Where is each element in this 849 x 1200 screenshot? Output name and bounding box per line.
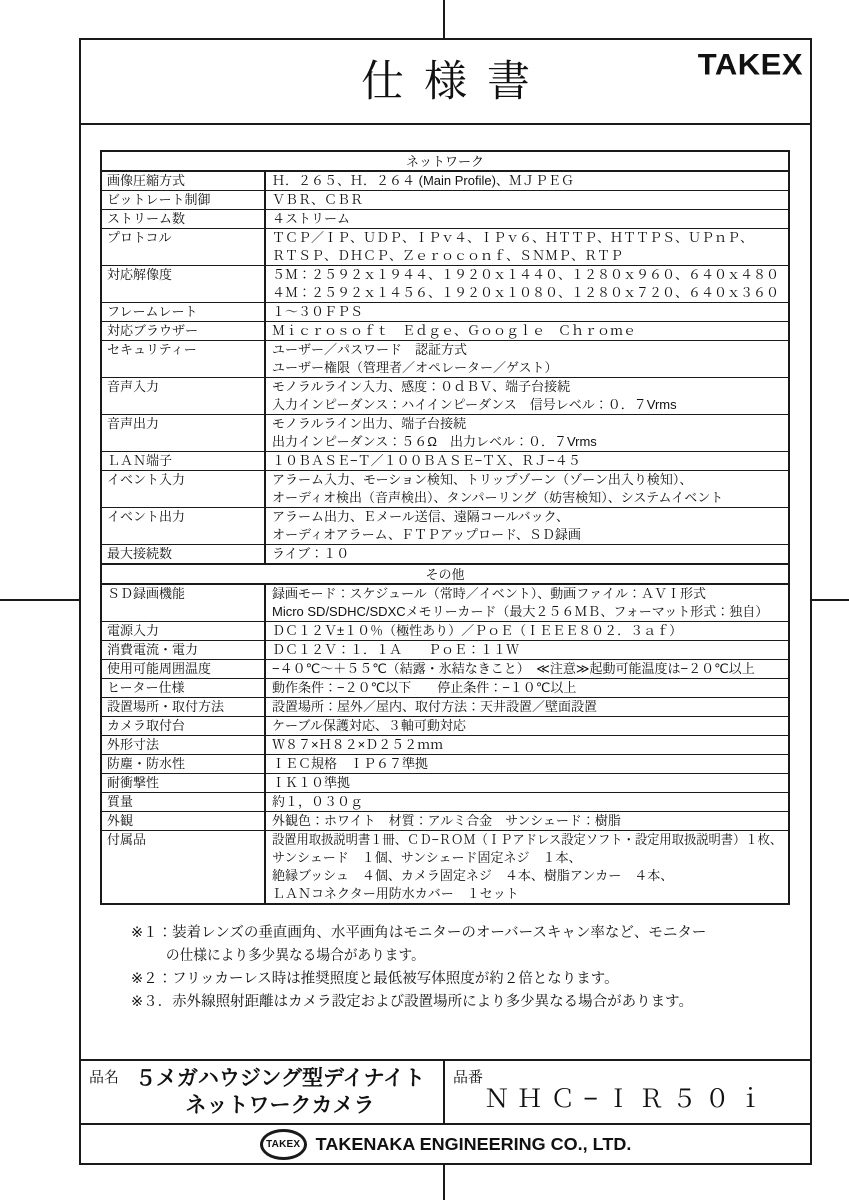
spec-value-line: ユーザー権限（管理者／オペレーター／ゲスト） <box>272 359 782 377</box>
spec-value-line: Micro SD/SDHC/SDXCメモリーカード（最大２５６ＭＢ、フォーマット… <box>272 603 782 621</box>
product-name: ５メガハウジング型デイナイト ネットワークカメラ <box>81 1061 443 1123</box>
spec-row-label-text: カメラ取付台 <box>107 717 259 735</box>
spec-row-label-text: ＳＤ録画機能 <box>107 585 259 603</box>
footnotes: ※１：装着レンズの垂直画角、水平画角はモニターのオーバースキャン率など、モニター… <box>131 922 786 1014</box>
note: ※３．赤外線照射距離はカメラ設定および設置場所により多少異なる場合があります。 <box>131 991 786 1014</box>
spec-value-line: ＴＣＰ／ＩＰ、ＵＤＰ、ＩＰｖ４、ＩＰｖ６、ＨＴＴＰ、ＨＴＴＰＳ、ＵＰｎＰ、 <box>272 229 782 247</box>
spec-row-label: セキュリティー <box>102 341 266 377</box>
spec-row: イベント出力アラーム出力、Ｅメール送信、遠隔コールバック、オーディオアラーム、Ｆ… <box>102 508 788 545</box>
spec-value-line: モノラルライン出力、端子台接続 <box>272 415 782 433</box>
spec-row-label: ＬＡＮ端子 <box>102 452 266 470</box>
spec-row-value: アラーム出力、Ｅメール送信、遠隔コールバック、オーディオアラーム、ＦＴＰアップロ… <box>266 508 788 544</box>
spec-row-label: 付属品 <box>102 831 266 903</box>
spec-row: 対応ブラウザーＭｉｃｒｏｓｏｆｔ Ｅｄｇｅ、Ｇｏｏｇｌｅ Ｃｈｒｏｍｅ <box>102 322 788 341</box>
spec-value-line: 約１，０３０ｇ <box>272 793 782 811</box>
spec-row-label-text: ビットレート制御 <box>107 191 259 209</box>
spec-row-label-text: 対応ブラウザー <box>107 322 259 340</box>
note: ※２：フリッカーレス時は推奨照度と最低被写体照度が約２倍となります。 <box>131 968 786 991</box>
spec-row-label: 設置場所・取付方法 <box>102 698 266 716</box>
spec-row-label-text: イベント入力 <box>107 471 259 489</box>
product-name-line-2: ネットワークカメラ <box>186 1092 375 1119</box>
spec-row-value: ＴＣＰ／ＩＰ、ＵＤＰ、ＩＰｖ４、ＩＰｖ６、ＨＴＴＰ、ＨＴＴＰＳ、ＵＰｎＰ、ＲＴＳ… <box>266 229 788 265</box>
spec-value-line: オーディオ検出（音声検出）、タンパーリング（妨害検知）、システムイベント <box>272 489 782 507</box>
spec-row-value: ＩＥＣ規格 ＩＰ６７準拠 <box>266 755 788 773</box>
spec-row-label: 音声出力 <box>102 415 266 451</box>
registration-mark-bottom <box>443 1163 445 1200</box>
spec-value-line: ５Ｍ：２５９２ｘ１９４４、１９２０ｘ１４４０、１２８０ｘ９６０、６４０ｘ４８０ <box>272 266 782 284</box>
spec-row-label: ＳＤ録画機能 <box>102 585 266 621</box>
spec-row-label-text: ストリーム数 <box>107 210 259 228</box>
spec-row-label-text: ヒーター仕様 <box>107 679 259 697</box>
spec-row: 音声出力モノラルライン出力、端子台接続出力インピーダンス：５６Ω 出力レベル：０… <box>102 415 788 452</box>
spec-value-line: 絶縁ブッシュ ４個、カメラ固定ネジ ４本、樹脂アンカー ４本、 <box>272 867 782 885</box>
spec-section-header: その他 <box>102 564 788 585</box>
spec-row: 電源入力ＤＣ１２Ｖ±１０％（極性あり）／ＰｏＥ（ＩＥＥＥ８０２．３ａｆ） <box>102 622 788 641</box>
spec-row-label-text: 外形寸法 <box>107 736 259 754</box>
product-number-cell: 品番 ＮＨＣ−ＩＲ５０ｉ <box>445 1061 810 1123</box>
spec-row-value: 外観色：ホワイト 材質：アルミ合金 サンシェード：樹脂 <box>266 812 788 830</box>
company-strip: TAKEX TAKENAKA ENGINEERING CO., LTD. <box>81 1123 810 1163</box>
spec-row-label: カメラ取付台 <box>102 717 266 735</box>
spec-row-value: １０ＢＡＳＥ−Ｔ／１００ＢＡＳＥ−ＴＸ、ＲＪ−４５ <box>266 452 788 470</box>
spec-row-label: 使用可能周囲温度 <box>102 660 266 678</box>
spec-row: 設置場所・取付方法設置場所：屋外／屋内、取付方法：天井設置／壁面設置 <box>102 698 788 717</box>
spec-row-value: モノラルライン入力、感度：０ｄＢＶ、端子台接続入力インピーダンス：ハイインピーダ… <box>266 378 788 414</box>
spec-row-label: 耐衝撃性 <box>102 774 266 792</box>
spec-row: ＳＤ録画機能録画モード：スケジュール（常時／イベント）、動画ファイル：ＡＶＩ形式… <box>102 585 788 622</box>
spec-row-label: 対応解像度 <box>102 266 266 302</box>
spec-row-label: 電源入力 <box>102 622 266 640</box>
spec-row-value: −４０℃～＋５５℃（結露・氷結なきこと） ≪注意≫起動可能温度は−２０℃以上 <box>266 660 788 678</box>
spec-row: フレームレート１～３０ＦＰＳ <box>102 303 788 322</box>
spec-row-label-text: 耐衝撃性 <box>107 774 259 792</box>
spec-row-label-text: 質量 <box>107 793 259 811</box>
spec-value-line: ＤＣ１２Ｖ±１０％（極性あり）／ＰｏＥ（ＩＥＥＥ８０２．３ａｆ） <box>272 622 782 640</box>
spec-row-label: イベント出力 <box>102 508 266 544</box>
spec-row-label-text: 消費電流・電力 <box>107 641 259 659</box>
spec-row-value: 動作条件：−２０℃以下 停止条件：−１０℃以上 <box>266 679 788 697</box>
spec-value-line: 設置場所：屋外／屋内、取付方法：天井設置／壁面設置 <box>272 698 782 716</box>
spec-row: プロトコルＴＣＰ／ＩＰ、ＵＤＰ、ＩＰｖ４、ＩＰｖ６、ＨＴＴＰ、ＨＴＴＰＳ、ＵＰｎ… <box>102 229 788 266</box>
spec-value-line: アラーム出力、Ｅメール送信、遠隔コールバック、 <box>272 508 782 526</box>
spec-value-line: ４ストリーム <box>272 210 782 228</box>
spec-row: セキュリティーユーザー／パスワード 認証方式ユーザー権限（管理者／オペレーター／… <box>102 341 788 378</box>
spec-row-label: ストリーム数 <box>102 210 266 228</box>
spec-value-line: 入力インピーダンス：ハイインピーダンス 信号レベル：０．７Vrms <box>272 396 782 414</box>
registration-mark-right <box>810 599 849 601</box>
takex-oval-logo: TAKEX <box>260 1129 307 1160</box>
spec-row-value: モノラルライン出力、端子台接続出力インピーダンス：５６Ω 出力レベル：０．７Vr… <box>266 415 788 451</box>
spec-value-line: オーディオアラーム、ＦＴＰアップロード、ＳＤ録画 <box>272 526 782 544</box>
spec-row-label-text: 最大接続数 <box>107 545 259 563</box>
spec-row-label: 画像圧縮方式 <box>102 172 266 190</box>
spec-row-value: ５Ｍ：２５９２ｘ１９４４、１９２０ｘ１４４０、１２８０ｘ９６０、６４０ｘ４８０４… <box>266 266 788 302</box>
company-name: TAKENAKA ENGINEERING CO., LTD. <box>316 1134 632 1155</box>
spec-row-label: 最大接続数 <box>102 545 266 563</box>
spec-row: 対応解像度５Ｍ：２５９２ｘ１９４４、１９２０ｘ１４４０、１２８０ｘ９６０、６４０… <box>102 266 788 303</box>
registration-mark-left <box>0 599 79 601</box>
spec-row-value: ＶＢＲ、ＣＢＲ <box>266 191 788 209</box>
product-name-line-1: ５メガハウジング型デイナイト <box>135 1065 425 1092</box>
spec-row-label-text: ＬＡＮ端子 <box>107 452 259 470</box>
takex-brand-logo: TAKEX <box>698 48 803 83</box>
product-name-cell: 品名 ５メガハウジング型デイナイト ネットワークカメラ <box>81 1061 445 1123</box>
spec-value-line: 出力インピーダンス：５６Ω 出力レベル：０．７Vrms <box>272 433 782 451</box>
spec-row-label: プロトコル <box>102 229 266 265</box>
spec-value-line: ＬＡＮコネクター用防水カバー １セット <box>272 885 782 903</box>
spec-value-line: モノラルライン入力、感度：０ｄＢＶ、端子台接続 <box>272 378 782 396</box>
spec-value-line: Ｗ８７×Ｈ８２×Ｄ２５２ｍｍ <box>272 736 782 754</box>
note: ※１：装着レンズの垂直画角、水平画角はモニターのオーバースキャン率など、モニター… <box>131 922 786 968</box>
spec-row-label: イベント入力 <box>102 471 266 507</box>
spec-row-value: ＤＣ１２Ｖ：１．１Ａ ＰｏＥ：１１Ｗ <box>266 641 788 659</box>
spec-row-value: 録画モード：スケジュール（常時／イベント）、動画ファイル：ＡＶＩ形式Micro … <box>266 585 788 621</box>
spec-row: ビットレート制御ＶＢＲ、ＣＢＲ <box>102 191 788 210</box>
spec-value-line: 外観色：ホワイト 材質：アルミ合金 サンシェード：樹脂 <box>272 812 782 830</box>
product-number-label: 品番 <box>453 1066 483 1087</box>
spec-value-line: １～３０ＦＰＳ <box>272 303 782 321</box>
spec-value-line: −４０℃～＋５５℃（結露・氷結なきこと） ≪注意≫起動可能温度は−２０℃以上 <box>272 660 782 678</box>
spec-row: 防塵・防水性ＩＥＣ規格 ＩＰ６７準拠 <box>102 755 788 774</box>
spec-value-line: 録画モード：スケジュール（常時／イベント）、動画ファイル：ＡＶＩ形式 <box>272 585 782 603</box>
spec-row-label-text: イベント出力 <box>107 508 259 526</box>
spec-row-value: ４ストリーム <box>266 210 788 228</box>
spec-row-value: アラーム入力、モーション検知、トリップゾーン（ゾーン出入り検知）、オーディオ検出… <box>266 471 788 507</box>
spec-row-label-text: 音声入力 <box>107 378 259 396</box>
spec-table: ネットワーク画像圧縮方式Ｈ．２６５、Ｈ．２６４ (Main Profile)、Ｍ… <box>100 150 790 905</box>
spec-row-label-text: 電源入力 <box>107 622 259 640</box>
note-line: ※１：装着レンズの垂直画角、水平画角はモニターのオーバースキャン率など、モニター <box>131 922 786 945</box>
spec-value-line: 設置用取扱説明書１冊、ＣＤ−ＲＯＭ（ＩＰアドレス設定ソフト・設定用取扱説明書）１… <box>272 831 754 849</box>
spec-row-value: 約１，０３０ｇ <box>266 793 788 811</box>
spec-row-label: フレームレート <box>102 303 266 321</box>
spec-row-label: 消費電流・電力 <box>102 641 266 659</box>
spec-section-header: ネットワーク <box>102 152 788 172</box>
spec-row: 画像圧縮方式Ｈ．２６５、Ｈ．２６４ (Main Profile)、ＭＪＰＥＧ <box>102 172 788 191</box>
spec-row-label: 防塵・防水性 <box>102 755 266 773</box>
spec-row: 付属品設置用取扱説明書１冊、ＣＤ−ＲＯＭ（ＩＰアドレス設定ソフト・設定用取扱説明… <box>102 831 788 903</box>
spec-row-label-text: 対応解像度 <box>107 266 259 284</box>
spec-value-line: ４Ｍ：２５９２ｘ１４５６、１９２０ｘ１０８０、１２８０ｘ７２０、６４０ｘ３６０ <box>272 284 782 302</box>
spec-value-line: ケーブル保護対応、３軸可動対応 <box>272 717 782 735</box>
spec-value-line: ＤＣ１２Ｖ：１．１Ａ ＰｏＥ：１１Ｗ <box>272 641 782 659</box>
spec-row-value: ライブ：１０ <box>266 545 788 563</box>
spec-row-label-text: 使用可能周囲温度 <box>107 660 259 678</box>
spec-value-line: Ｍｉｃｒｏｓｏｆｔ Ｅｄｇｅ、Ｇｏｏｇｌｅ Ｃｈｒｏｍｅ <box>272 322 782 340</box>
spec-value-line: Ｈ．２６５、Ｈ．２６４ (Main Profile)、ＭＪＰＥＧ <box>272 172 782 190</box>
spec-row: ストリーム数４ストリーム <box>102 210 788 229</box>
spec-row: ＬＡＮ端子１０ＢＡＳＥ−Ｔ／１００ＢＡＳＥ−ＴＸ、ＲＪ−４５ <box>102 452 788 471</box>
product-name-label: 品名 <box>89 1066 119 1087</box>
spec-value-line: １０ＢＡＳＥ−Ｔ／１００ＢＡＳＥ−ＴＸ、ＲＪ−４５ <box>272 452 782 470</box>
spec-row: 質量約１，０３０ｇ <box>102 793 788 812</box>
spec-row: カメラ取付台ケーブル保護対応、３軸可動対応 <box>102 717 788 736</box>
spec-row: 外形寸法Ｗ８７×Ｈ８２×Ｄ２５２ｍｍ <box>102 736 788 755</box>
spec-row-value: ＤＣ１２Ｖ±１０％（極性あり）／ＰｏＥ（ＩＥＥＥ８０２．３ａｆ） <box>266 622 788 640</box>
spec-row: 消費電流・電力ＤＣ１２Ｖ：１．１Ａ ＰｏＥ：１１Ｗ <box>102 641 788 660</box>
spec-row-label: ビットレート制御 <box>102 191 266 209</box>
spec-row-label: 外形寸法 <box>102 736 266 754</box>
spec-row-label-text: 付属品 <box>107 831 259 849</box>
spec-row-value: Ｈ．２６５、Ｈ．２６４ (Main Profile)、ＭＪＰＥＧ <box>266 172 788 190</box>
spec-value-line: ユーザー／パスワード 認証方式 <box>272 341 782 359</box>
spec-row: 最大接続数ライブ：１０ <box>102 545 788 564</box>
note-line: の仕様により多少異なる場合があります。 <box>131 945 749 968</box>
spec-row-label-text: 音声出力 <box>107 415 259 433</box>
registration-mark-top <box>443 0 445 38</box>
spec-row-label: 音声入力 <box>102 378 266 414</box>
title-bar: 仕様書 TAKEX <box>81 40 810 125</box>
spec-row-value: ＩＫ１０準拠 <box>266 774 788 792</box>
takex-oval-logo-text: TAKEX <box>266 1139 300 1150</box>
spec-value-line: ＲＴＳＰ、ＤＨＣＰ、Ｚｅｒｏｃｏｎｆ、ＳＮＭＰ、ＲＴＰ <box>272 247 782 265</box>
spec-value-line: ＩＥＣ規格 ＩＰ６７準拠 <box>272 755 782 773</box>
spec-row-label-text: プロトコル <box>107 229 259 247</box>
spec-row: 耐衝撃性ＩＫ１０準拠 <box>102 774 788 793</box>
spec-row-value: ケーブル保護対応、３軸可動対応 <box>266 717 788 735</box>
spec-row-label-text: 外観 <box>107 812 259 830</box>
spec-row: イベント入力アラーム入力、モーション検知、トリップゾーン（ゾーン出入り検知）、オ… <box>102 471 788 508</box>
product-number: ＮＨＣ−ＩＲ５０ｉ <box>445 1061 810 1123</box>
spec-value-line: サンシェード １個、サンシェード固定ネジ １本、 <box>272 849 782 867</box>
spec-row-label: ヒーター仕様 <box>102 679 266 697</box>
note-line: ※３．赤外線照射距離はカメラ設定および設置場所により多少異なる場合があります。 <box>131 991 786 1014</box>
document-frame: 仕様書 TAKEX ネットワーク画像圧縮方式Ｈ．２６５、Ｈ．２６４ (Main … <box>79 38 812 1165</box>
note-line: ※２：フリッカーレス時は推奨照度と最低被写体照度が約２倍となります。 <box>131 968 786 991</box>
spec-row-value: 設置用取扱説明書１冊、ＣＤ−ＲＯＭ（ＩＰアドレス設定ソフト・設定用取扱説明書）１… <box>266 831 788 903</box>
spec-row-value: Ｍｉｃｒｏｓｏｆｔ Ｅｄｇｅ、Ｇｏｏｇｌｅ Ｃｈｒｏｍｅ <box>266 322 788 340</box>
spec-row: 音声入力モノラルライン入力、感度：０ｄＢＶ、端子台接続入力インピーダンス：ハイイ… <box>102 378 788 415</box>
spec-row-label: 質量 <box>102 793 266 811</box>
spec-row: ヒーター仕様動作条件：−２０℃以下 停止条件：−１０℃以上 <box>102 679 788 698</box>
spec-row-label-text: セキュリティー <box>107 341 259 359</box>
product-info-row: 品名 ５メガハウジング型デイナイト ネットワークカメラ 品番 ＮＨＣ−ＩＲ５０ｉ <box>81 1059 810 1123</box>
spec-row-label: 外観 <box>102 812 266 830</box>
spec-row-label-text: 画像圧縮方式 <box>107 172 259 190</box>
spec-value-line: 動作条件：−２０℃以下 停止条件：−１０℃以上 <box>272 679 782 697</box>
spec-row: 使用可能周囲温度−４０℃～＋５５℃（結露・氷結なきこと） ≪注意≫起動可能温度は… <box>102 660 788 679</box>
spec-row-label-text: フレームレート <box>107 303 259 321</box>
spec-value-line: ＶＢＲ、ＣＢＲ <box>272 191 782 209</box>
spec-row-value: １～３０ＦＰＳ <box>266 303 788 321</box>
spec-row-label: 対応ブラウザー <box>102 322 266 340</box>
spec-value-line: ＩＫ１０準拠 <box>272 774 782 792</box>
spec-row-value: 設置場所：屋外／屋内、取付方法：天井設置／壁面設置 <box>266 698 788 716</box>
spec-value-line: ライブ：１０ <box>272 545 782 563</box>
spec-row-value: Ｗ８７×Ｈ８２×Ｄ２５２ｍｍ <box>266 736 788 754</box>
spec-row: 外観外観色：ホワイト 材質：アルミ合金 サンシェード：樹脂 <box>102 812 788 831</box>
spec-row-label-text: 防塵・防水性 <box>107 755 259 773</box>
spec-value-line: アラーム入力、モーション検知、トリップゾーン（ゾーン出入り検知）、 <box>272 471 782 489</box>
spec-row-value: ユーザー／パスワード 認証方式ユーザー権限（管理者／オペレーター／ゲスト） <box>266 341 788 377</box>
spec-row-label-text: 設置場所・取付方法 <box>107 698 259 716</box>
